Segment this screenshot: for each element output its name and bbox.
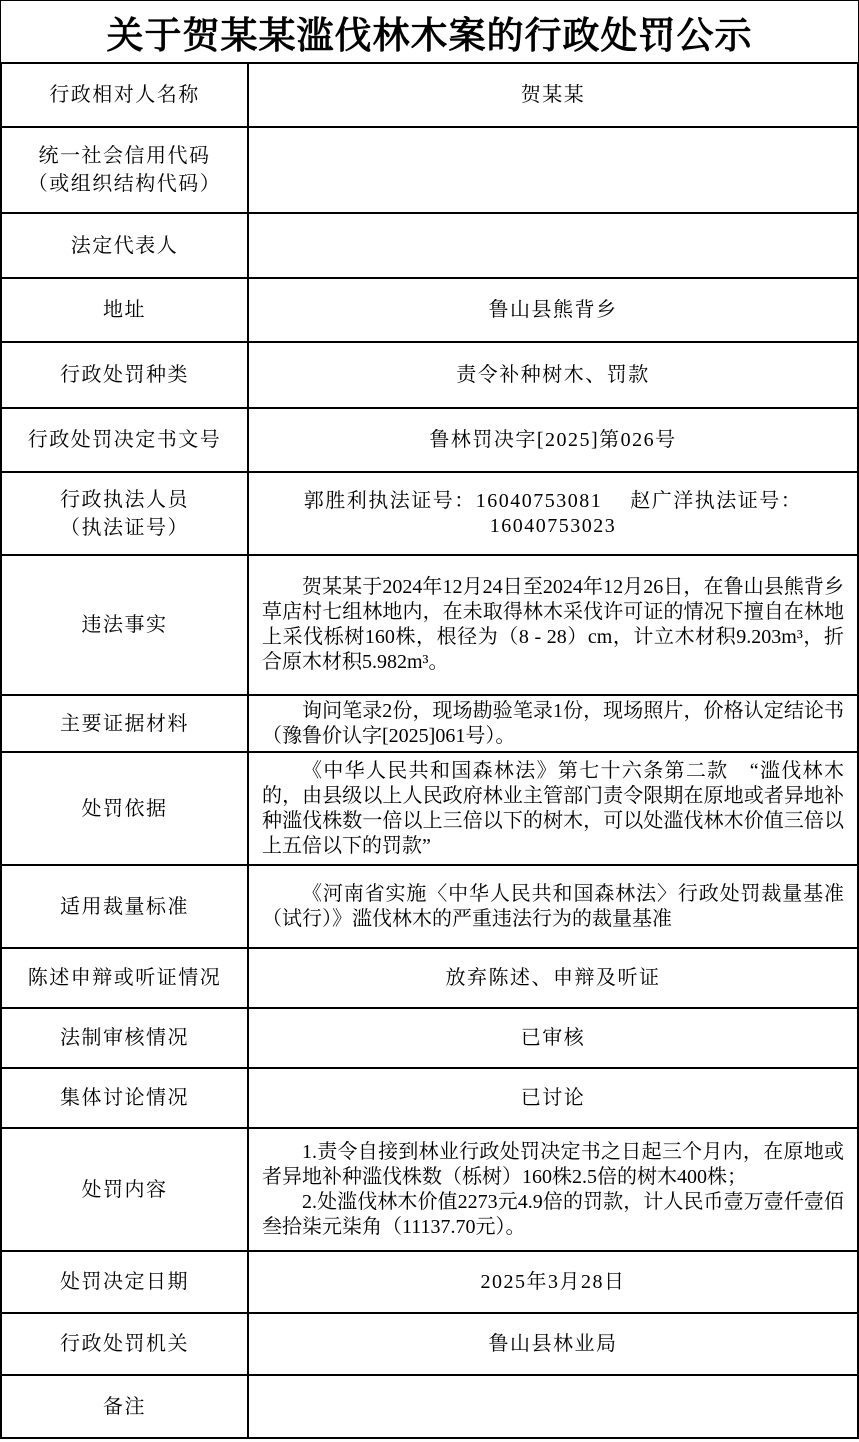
row-value-decision-doc-number: 鲁林罚决字[2025]第026号 (248, 408, 858, 472)
row-label-legal-review: 法制审核情况 (1, 1008, 248, 1068)
table-row-collective-discussion: 集体讨论情况已讨论 (1, 1068, 858, 1128)
row-label-legal-representative: 法定代表人 (1, 213, 248, 278)
table-row-penalty-basis: 处罚依据《中华人民共和国森林法》第七十六条第二款 “滥伐林木的，由县级以上人民政… (1, 752, 858, 865)
table-row-penalty-authority: 行政处罚机关鲁山县林业局 (1, 1313, 858, 1375)
table-row-penalty-type: 行政处罚种类责令补种树木、罚款 (1, 342, 858, 408)
table-row-enforcement-officers: 行政执法人员 （执法证号）郭胜利执法证号：16040753081 赵广洋执法证号… (1, 472, 858, 555)
table-row-legal-review: 法制审核情况已审核 (1, 1008, 858, 1068)
row-value-penalty-authority: 鲁山县林业局 (248, 1313, 858, 1375)
table-row-respondent-name: 行政相对人名称贺某某 (1, 63, 858, 127)
table-row-legal-representative: 法定代表人 (1, 213, 858, 278)
row-value-illegal-facts: 贺某某于2024年12月24日至2024年12月26日，在鲁山县熊背乡草店村七组… (248, 555, 858, 695)
table-row-penalty-content: 处罚内容1.责令自接到林业行政处罚决定书之日起三个月内，在原地或者异地补种滥伐株… (1, 1128, 858, 1251)
row-label-statement-hearing: 陈述申辩或听证情况 (1, 948, 248, 1008)
row-label-discretion-standard: 适用裁量标准 (1, 865, 248, 948)
table-row-remarks: 备注 (1, 1375, 858, 1438)
table-row-evidence-materials: 主要证据材料询问笔录2份，现场勘验笔录1份，现场照片，价格认定结论书（豫鲁价认字… (1, 695, 858, 752)
row-value-credit-code (248, 127, 858, 213)
row-label-collective-discussion: 集体讨论情况 (1, 1068, 248, 1128)
value-paragraph: 贺某某于2024年12月24日至2024年12月26日，在鲁山县熊背乡草店村七组… (262, 575, 844, 675)
row-value-address: 鲁山县熊背乡 (248, 278, 858, 342)
row-value-discretion-standard: 《河南省实施〈中华人民共和国森林法〉行政处罚裁量基准（试行）》滥伐林木的严重违法… (248, 865, 858, 948)
page-title: 关于贺某某滥伐林木案的行政处罚公示 (0, 0, 859, 62)
row-value-statement-hearing: 放弃陈述、申辩及听证 (248, 948, 858, 1008)
row-label-penalty-type: 行政处罚种类 (1, 342, 248, 408)
table-row-illegal-facts: 违法事实贺某某于2024年12月24日至2024年12月26日，在鲁山县熊背乡草… (1, 555, 858, 695)
table-row-credit-code: 统一社会信用代码 （或组织结构代码） (1, 127, 858, 213)
row-label-remarks: 备注 (1, 1375, 248, 1438)
row-label-penalty-basis: 处罚依据 (1, 752, 248, 865)
row-label-respondent-name: 行政相对人名称 (1, 63, 248, 127)
row-value-respondent-name: 贺某某 (248, 63, 858, 127)
row-value-remarks (248, 1375, 858, 1438)
row-value-legal-review: 已审核 (248, 1008, 858, 1068)
row-value-decision-date: 2025年3月28日 (248, 1251, 858, 1313)
row-value-penalty-basis: 《中华人民共和国森林法》第七十六条第二款 “滥伐林木的，由县级以上人民政府林业主… (248, 752, 858, 865)
row-label-decision-doc-number: 行政处罚决定书文号 (1, 408, 248, 472)
row-label-penalty-authority: 行政处罚机关 (1, 1313, 248, 1375)
row-value-collective-discussion: 已讨论 (248, 1068, 858, 1128)
row-label-evidence-materials: 主要证据材料 (1, 695, 248, 752)
penalty-notice-table: 行政相对人名称贺某某统一社会信用代码 （或组织结构代码）法定代表人地址鲁山县熊背… (0, 62, 859, 1439)
value-paragraph: 询问笔录2份，现场勘验笔录1份，现场照片，价格认定结论书（豫鲁价认字[2025]… (262, 699, 844, 749)
row-label-address: 地址 (1, 278, 248, 342)
value-paragraph: 2.处滥伐林木价值2273元4.9倍的罚款，计人民币壹万壹仟壹佰叁拾柒元柒角（1… (262, 1190, 844, 1240)
table-row-address: 地址鲁山县熊背乡 (1, 278, 858, 342)
row-label-illegal-facts: 违法事实 (1, 555, 248, 695)
table-row-decision-doc-number: 行政处罚决定书文号鲁林罚决字[2025]第026号 (1, 408, 858, 472)
value-paragraph: 《河南省实施〈中华人民共和国森林法〉行政处罚裁量基准（试行）》滥伐林木的严重违法… (262, 882, 844, 932)
row-value-penalty-content: 1.责令自接到林业行政处罚决定书之日起三个月内，在原地或者异地补种滥伐株数（栎树… (248, 1128, 858, 1251)
row-label-enforcement-officers: 行政执法人员 （执法证号） (1, 472, 248, 555)
row-value-legal-representative (248, 213, 858, 278)
row-label-penalty-content: 处罚内容 (1, 1128, 248, 1251)
value-paragraph: 1.责令自接到林业行政处罚决定书之日起三个月内，在原地或者异地补种滥伐株数（栎树… (262, 1140, 844, 1190)
penalty-notice-document: 关于贺某某滥伐林木案的行政处罚公示 行政相对人名称贺某某统一社会信用代码 （或组… (0, 0, 859, 1439)
table-row-discretion-standard: 适用裁量标准《河南省实施〈中华人民共和国森林法〉行政处罚裁量基准（试行）》滥伐林… (1, 865, 858, 948)
table-row-decision-date: 处罚决定日期2025年3月28日 (1, 1251, 858, 1313)
row-value-penalty-type: 责令补种树木、罚款 (248, 342, 858, 408)
row-value-evidence-materials: 询问笔录2份，现场勘验笔录1份，现场照片，价格认定结论书（豫鲁价认字[2025]… (248, 695, 858, 752)
table-row-statement-hearing: 陈述申辩或听证情况放弃陈述、申辩及听证 (1, 948, 858, 1008)
value-paragraph: 《中华人民共和国森林法》第七十六条第二款 “滥伐林木的，由县级以上人民政府林业主… (262, 759, 844, 859)
row-label-decision-date: 处罚决定日期 (1, 1251, 248, 1313)
row-value-enforcement-officers: 郭胜利执法证号：16040753081 赵广洋执法证号：16040753023 (248, 472, 858, 555)
row-label-credit-code: 统一社会信用代码 （或组织结构代码） (1, 127, 248, 213)
